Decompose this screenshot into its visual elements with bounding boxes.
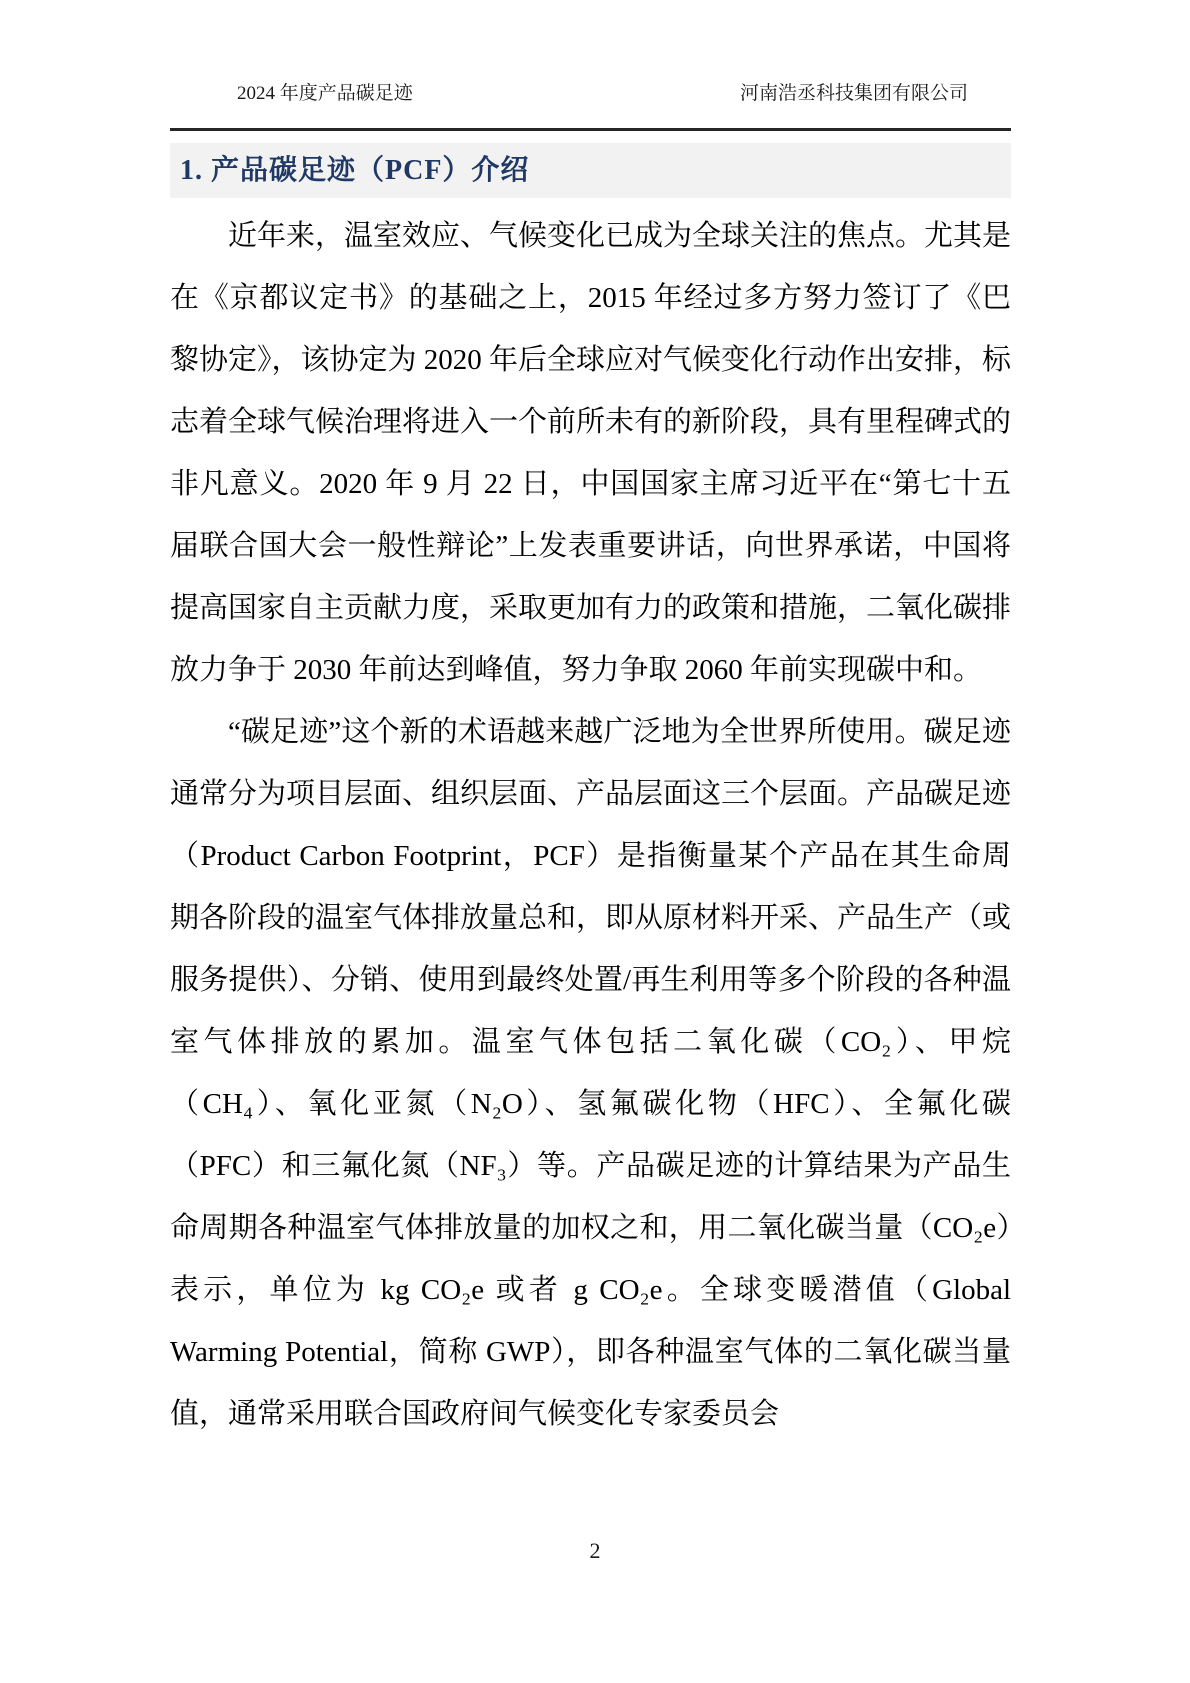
page-number: 2 (590, 1538, 601, 1563)
header-company-name: 河南浩丞科技集团有限公司 (740, 78, 968, 105)
header-divider (170, 128, 1011, 131)
section-heading: 1. 产品碳足迹（PCF）介绍 (170, 143, 1011, 198)
paragraph-intro-climate: 近年来，温室效应、气候变化已成为全球关注的焦点。尤其是在《京都议定书》的基础之上… (170, 205, 1011, 701)
page-header: 2024 年度产品碳足迹 河南浩丞科技集团有限公司 (237, 78, 968, 105)
page-footer: 2 (0, 1538, 1190, 1564)
document-body: 近年来，温室效应、气候变化已成为全球关注的焦点。尤其是在《京都议定书》的基础之上… (170, 205, 1011, 1445)
paragraph-carbon-footprint-definition: “碳足迹”这个新的术语越来越广泛地为全世界所使用。碳足迹通常分为项目层面、组织层… (170, 701, 1011, 1445)
document-page: 2024 年度产品碳足迹 河南浩丞科技集团有限公司 1. 产品碳足迹（PCF）介… (0, 0, 1190, 1683)
header-report-title: 2024 年度产品碳足迹 (237, 78, 413, 105)
